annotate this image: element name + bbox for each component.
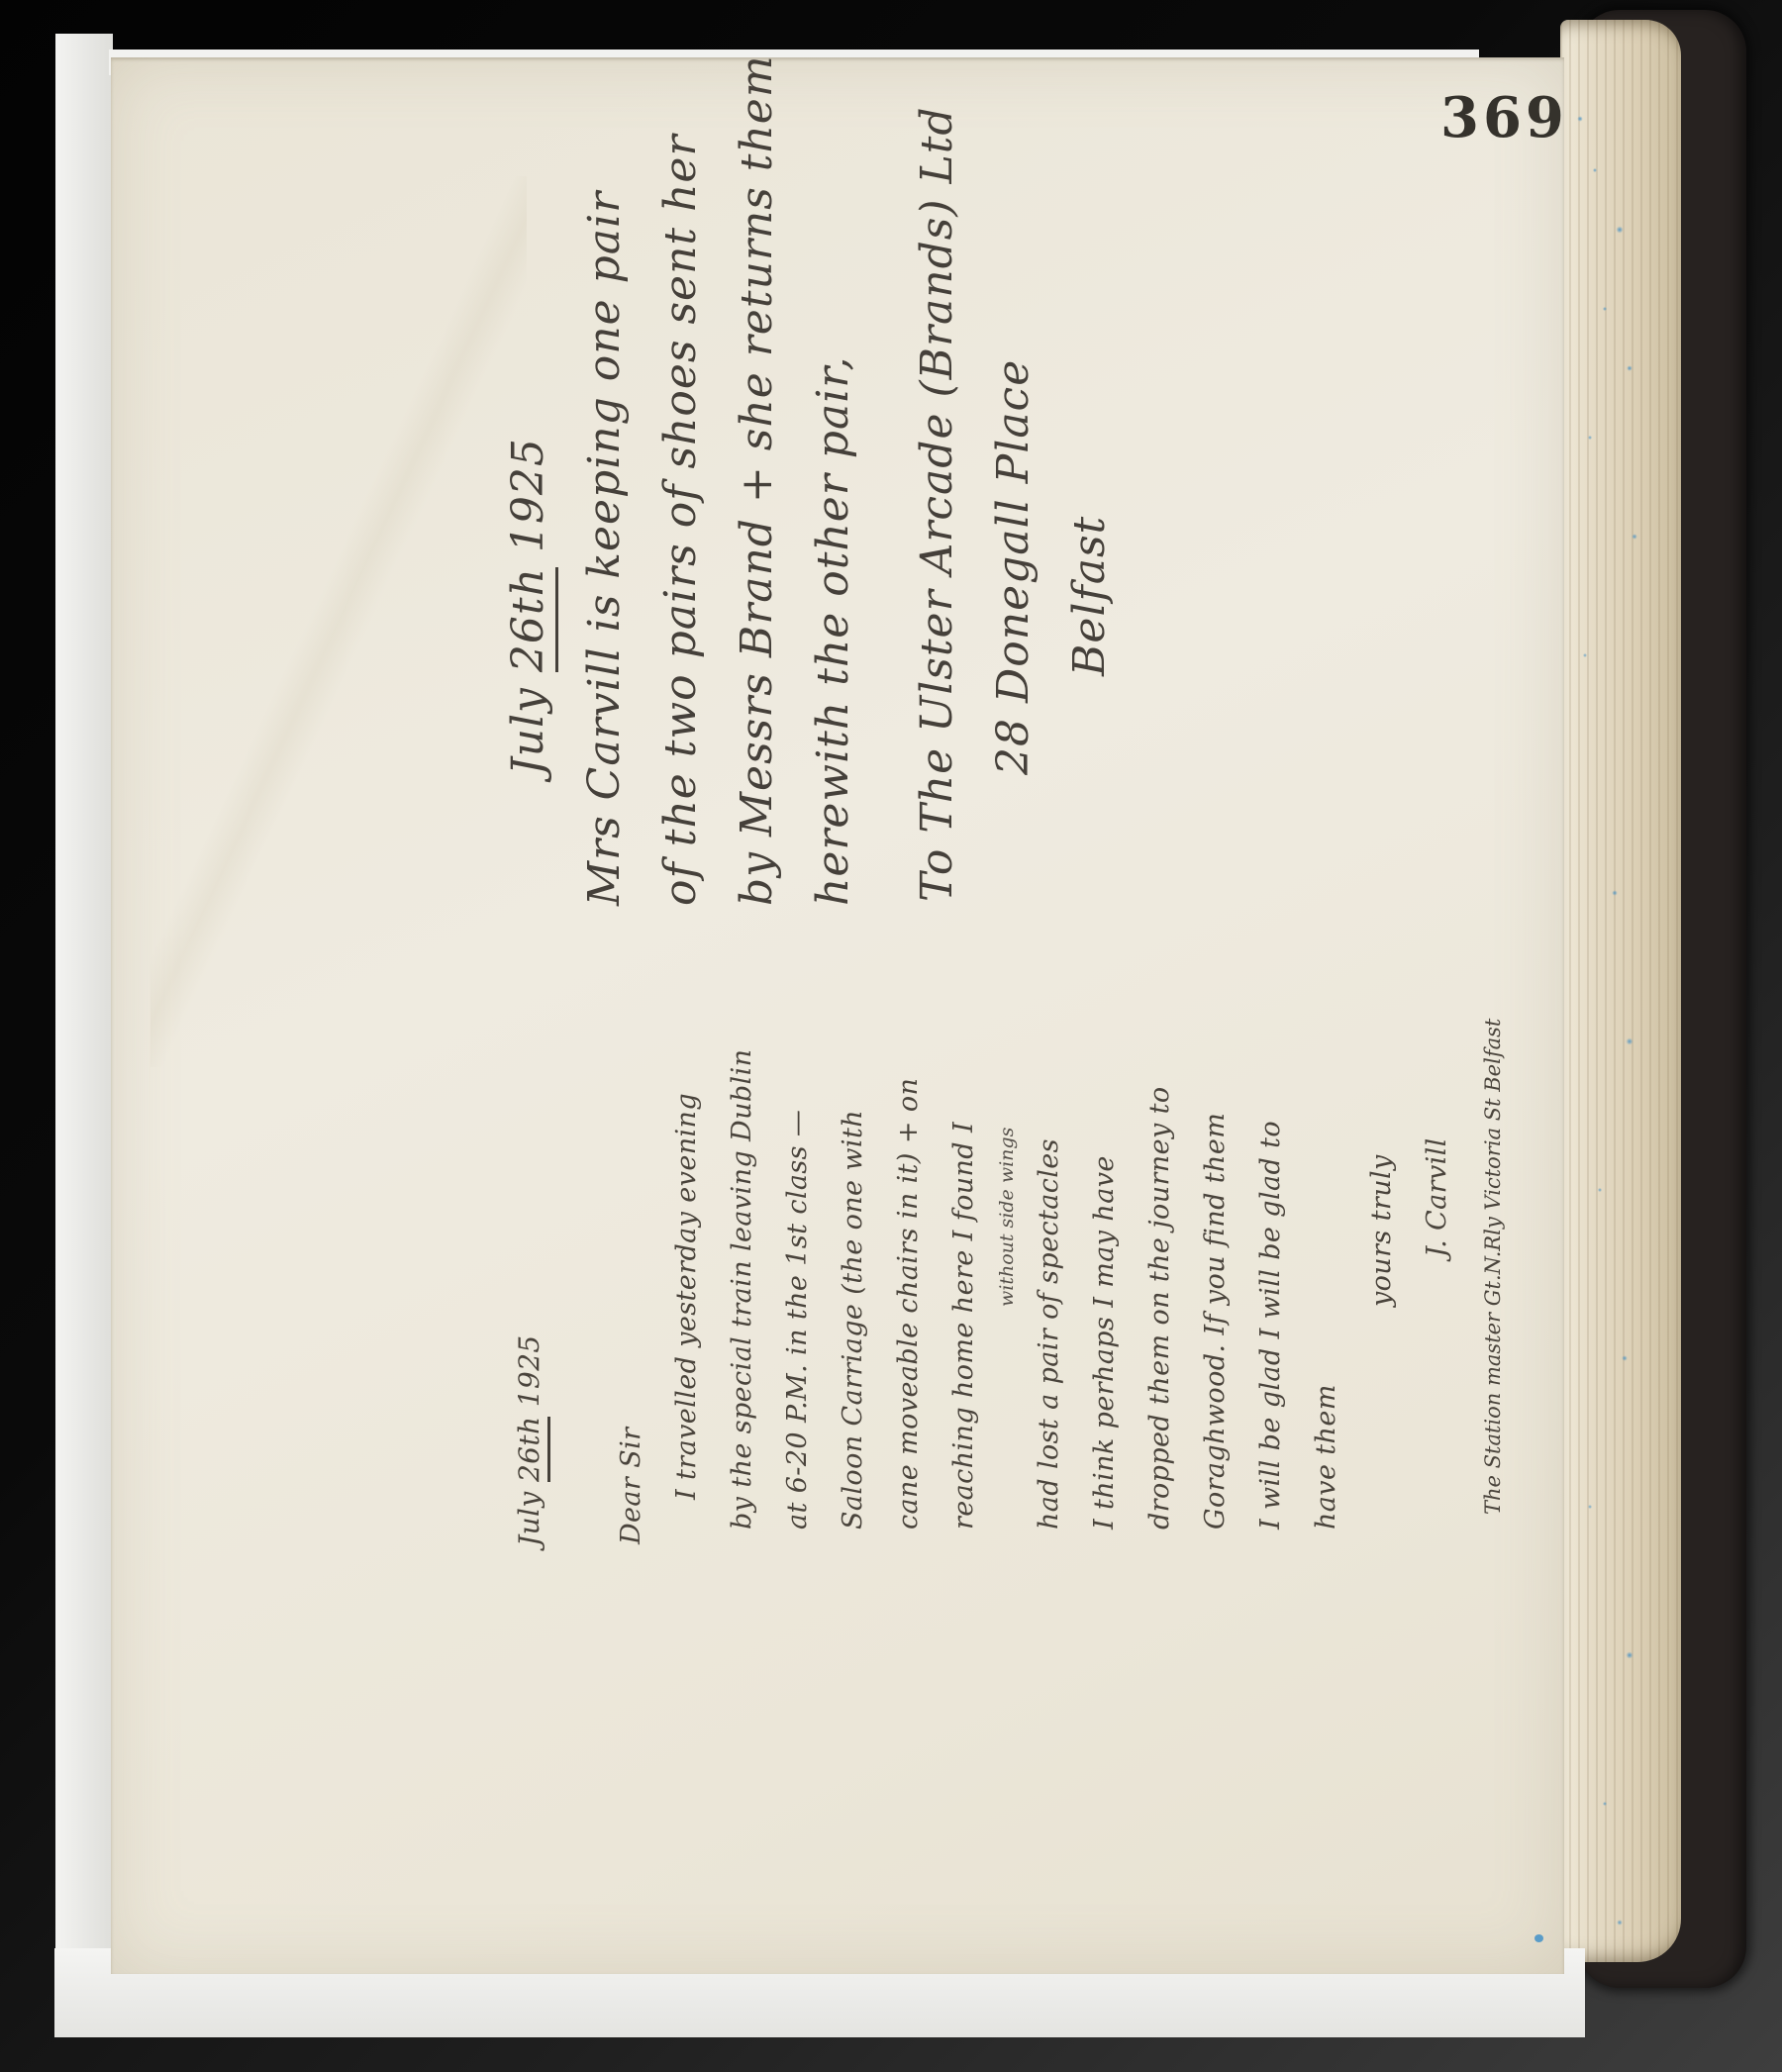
closing: yours truly: [1354, 1064, 1410, 1307]
handwriting-line: I think perhaps I may have: [1077, 1064, 1133, 1529]
scanned-letter-book-page: { "page_number": "369", "colors": { "ink…: [0, 0, 1782, 2072]
date-year: 1925: [513, 1334, 545, 1407]
handwriting-line: have them: [1299, 1064, 1354, 1529]
ink-speckle: [1534, 1934, 1543, 1942]
handwriting-line: Mrs Carvill is keeping one pair: [566, 127, 643, 906]
underpage-edge-left: [55, 34, 113, 2006]
recipient-line: To The Ulster Arcade (Brands) Ltd: [899, 127, 975, 902]
handwriting-line: herewith the other pair,: [795, 127, 871, 906]
letter-top: July 26th 1925 Mrs Carvill is keeping on…: [490, 127, 1132, 924]
handwriting-line: I will be glad I will be glad to: [1243, 1064, 1299, 1529]
date-prefix: July: [503, 687, 553, 775]
handwriting-line: by the special train leaving Dublin: [715, 1064, 770, 1529]
letter-date: July 26th 1925: [490, 127, 566, 775]
page-stack-edge: [1560, 20, 1681, 1962]
handwriting-line: Goraghwood. If you find them: [1188, 1064, 1243, 1529]
page-number: 369: [1440, 85, 1568, 150]
handwriting-line: I travelled yesterday evening: [659, 1064, 715, 1500]
salutation: Dear Sir: [604, 1064, 659, 1544]
handwriting-line: by Messrs Brand + she returns them: [719, 127, 795, 906]
addressee-line: The Station master Gt.N.Rly Victoria St …: [1465, 1064, 1521, 1515]
signature: J. Carvill: [1410, 1064, 1465, 1257]
recipient-line: Belfast: [1051, 127, 1128, 676]
letter-date: July 26th 1925: [495, 1064, 564, 1546]
interlinear-note: without side wings: [992, 1064, 1022, 1307]
handwriting-line: Saloon Carriage (the one with: [826, 1064, 881, 1529]
date-prefix: July: [513, 1491, 545, 1546]
recipient-line: 28 Donegall Place: [975, 127, 1051, 775]
date-day: 26th: [503, 567, 558, 672]
handwriting-line: dropped them on the journey to: [1133, 1064, 1188, 1529]
handwriting-line: reaching home here I found I: [937, 1064, 992, 1529]
handwriting-line: of the two pairs of shoes sent her: [643, 127, 719, 906]
handwriting-line: at 6-20 P.M. in the 1st class —: [770, 1064, 826, 1529]
date-day: 26th: [513, 1417, 550, 1483]
date-year: 1925: [503, 438, 553, 552]
handwriting-line: had lost a pair of spectacles: [1022, 1064, 1077, 1529]
letter-bottom: July 26th 1925 Dear Sir I travelled yest…: [495, 1064, 1520, 1554]
handwriting-line: cane moveable chairs in it) + on: [881, 1064, 937, 1529]
